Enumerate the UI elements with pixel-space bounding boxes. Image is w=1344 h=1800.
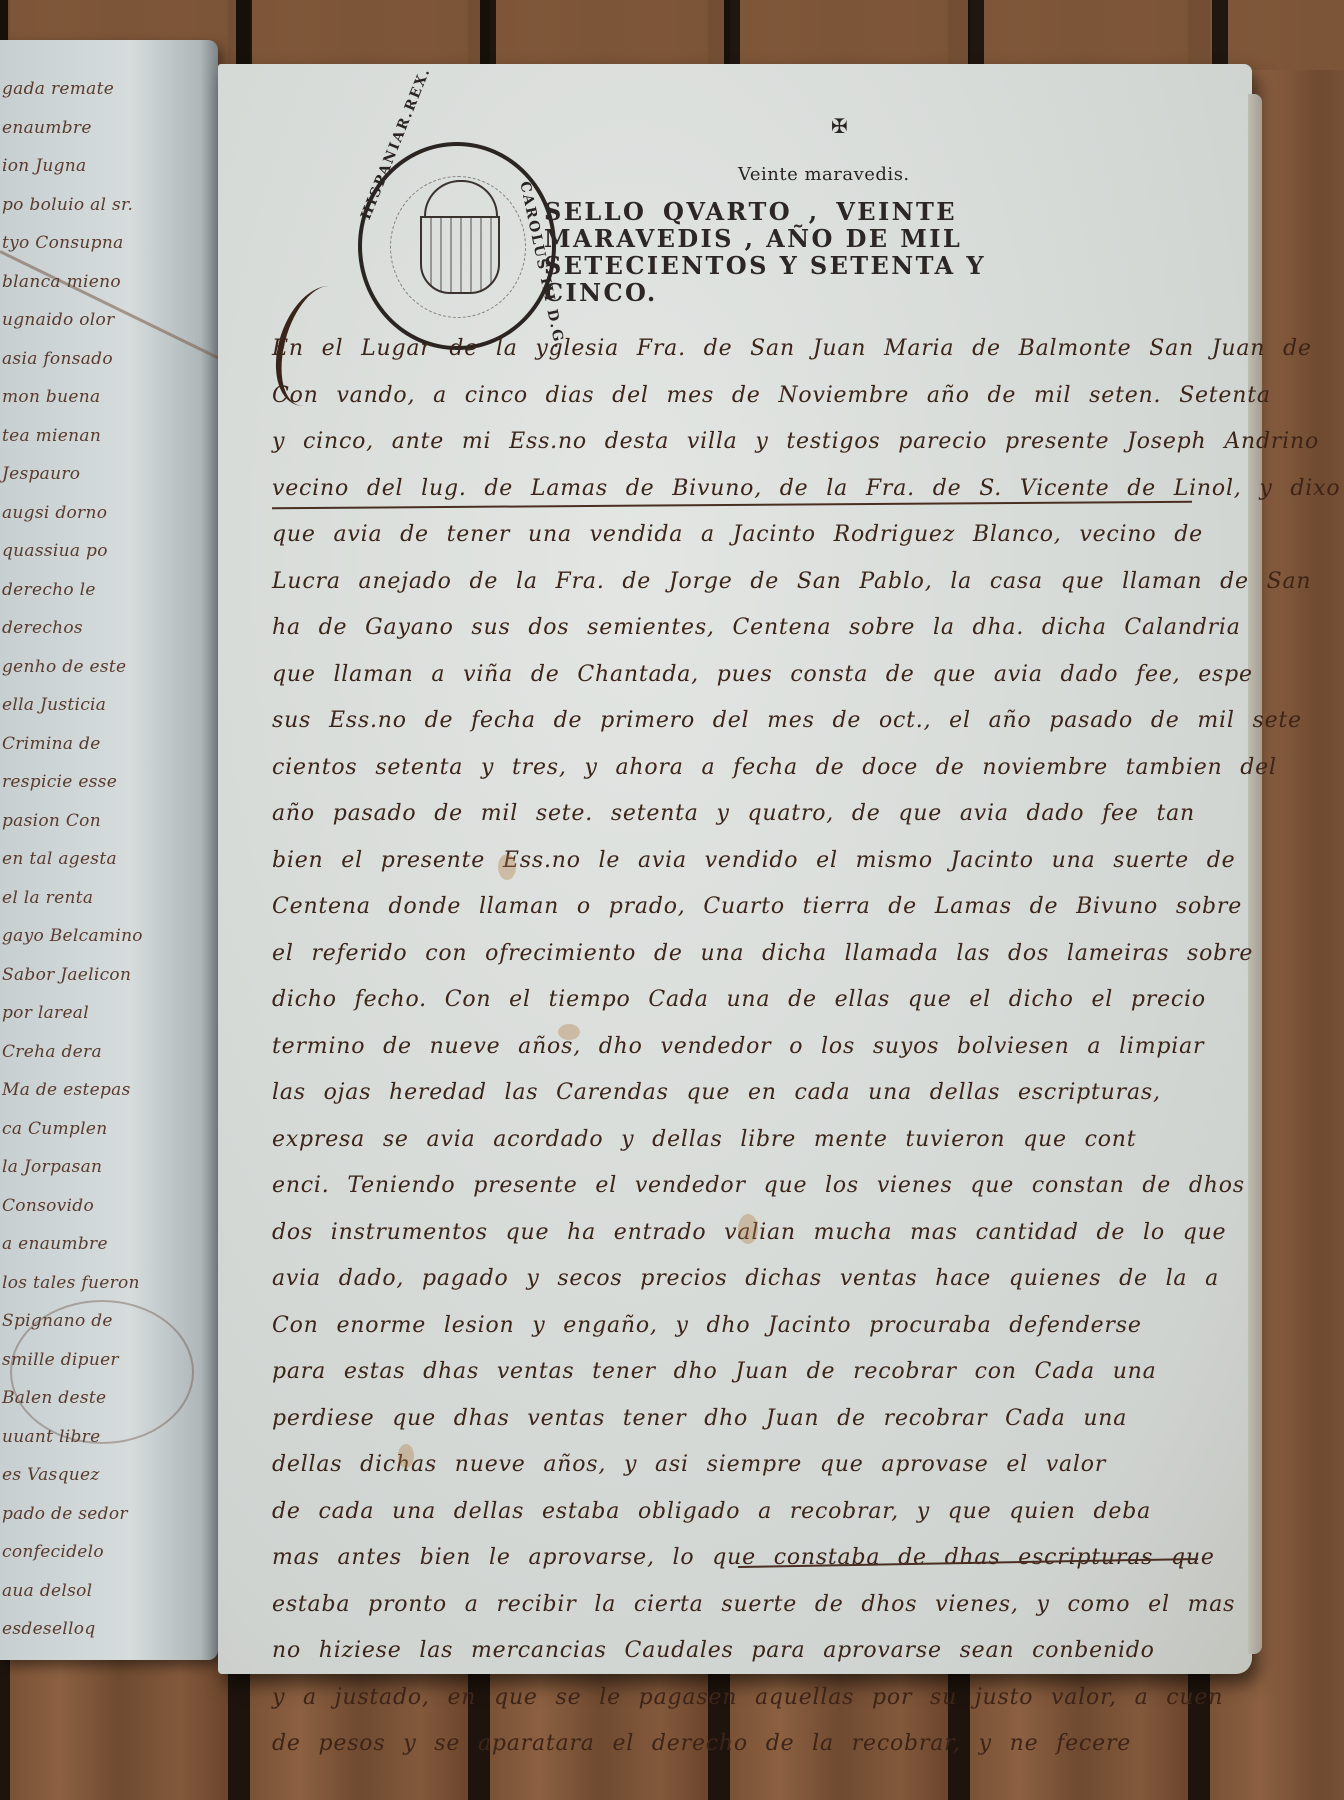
left-page-line: gada remate [0,70,210,109]
handwritten-line: Con vando, a cinco dias del mes de Novie… [272,373,1192,420]
left-page-line: por lareal [0,994,210,1033]
handwritten-body: En el Lugar de la yglesia Fra. de San Ju… [272,326,1192,1768]
left-page-line: genho de este [0,648,210,687]
ink-stain [498,854,516,880]
handwritten-line: cientos setenta y tres, y ahora a fecha … [272,745,1192,792]
stamp-line: MARAVEDIS , AÑO DE MIL [544,225,1104,252]
left-page: gada remateenaumbreion Jugnapo boluio al… [0,40,218,1660]
left-page-line: derechos [0,609,210,648]
handwritten-line: bien el presente Ess.no le avia vendido … [272,838,1192,885]
left-page-line: es Vasquez [0,1456,210,1495]
left-page-line: on [0,1649,210,1661]
handwritten-line: de cada una dellas estaba obligado a rec… [272,1489,1192,1536]
stamp-line: SELLO QVARTO , VEINTE [544,198,1104,225]
ink-stain [738,1214,758,1244]
stamp-line: CINCO. [544,279,1104,306]
left-page-line: ion Jugna [0,147,210,186]
handwritten-line: el referido con ofrecimiento de una dich… [272,931,1192,978]
left-page-line: la Jorpasan [0,1148,210,1187]
handwritten-line: dicho fecho. Con el tiempo Cada una de e… [272,977,1192,1024]
left-page-line: tea mienan [0,417,210,456]
handwritten-line: que llaman a viña de Chantada, pues cons… [272,652,1192,699]
left-page-line: ca Cumplen [0,1110,210,1149]
handwritten-line: no hiziese las mercancias Caudales para … [272,1628,1192,1675]
handwritten-line: y cinco, ante mi Ess.no desta villa y te… [272,419,1192,466]
left-page-line: quassiua po [0,532,210,571]
handwritten-line: mas antes bien le aprovarse, lo que cons… [272,1535,1192,1582]
main-page: ✠ Veinte maravedis. HISPANIAR.REX. CAROL… [218,64,1252,1674]
handwritten-line: enci. Teniendo presente el vendedor que … [272,1163,1192,1210]
stamp-line: SETECIENTOS Y SETENTA Y [544,252,1104,279]
handwritten-line: expresa se avia acordado y dellas libre … [272,1117,1192,1164]
left-page-line: augsi dorno [0,494,210,533]
left-page-line: Ma de estepas [0,1071,210,1110]
coat-of-arms-icon [420,216,500,294]
handwritten-line: que avia de tener una vendida a Jacinto … [272,512,1192,559]
handwritten-line: vecino del lug. de Lamas de Bivuno, de l… [272,466,1192,513]
handwritten-line: termino de nueve años, dho vendedor o lo… [272,1024,1192,1071]
handwritten-line: año pasado de mil sete. setenta y quatro… [272,791,1192,838]
left-page-line: los tales fueron [0,1264,210,1303]
handwritten-line: de pesos y se aparatara el derecho de la… [272,1721,1192,1768]
handwritten-line: Centena donde llaman o prado, Cuarto tie… [272,884,1192,931]
handwritten-line: Lucra anejado de la Fra. de Jorge de San… [272,559,1192,606]
left-page-line: a enaumbre [0,1225,210,1264]
left-page-line: tyo Consupna [0,224,210,263]
left-page-line: blanca mieno [0,263,210,302]
handwritten-line: estaba pronto a recibir la cierta suerte… [272,1582,1192,1629]
handwritten-line: Con enorme lesion y engaño, y dho Jacint… [272,1303,1192,1350]
left-page-line: Jespauro [0,455,210,494]
left-page-line: enaumbre [0,109,210,148]
handwritten-line: las ojas heredad las Carendas que en cad… [272,1070,1192,1117]
left-page-line: aua delsol [0,1572,210,1611]
handwritten-line: y a justado, en que se le pagasen aquell… [272,1675,1192,1722]
left-page-line: en tal agesta [0,840,210,879]
left-page-line: Consovido [0,1187,210,1226]
handwritten-line: ha de Gayano sus dos semientes, Centena … [272,605,1192,652]
ink-stain [398,1444,414,1468]
cross-mark-icon: ✠ [831,114,848,138]
left-page-line: esdeselloq [0,1610,210,1649]
left-page-line: respicie esse [0,763,210,802]
left-page-line: el la renta [0,879,210,918]
left-page-line: ugnaido olor [0,301,210,340]
handwritten-line: perdiese que dhas ventas tener dho Juan … [272,1396,1192,1443]
left-page-line: po boluio al sr. [0,186,210,225]
handwritten-line: En el Lugar de la yglesia Fra. de San Ju… [272,326,1192,373]
handwritten-line: para estas dhas ventas tener dho Juan de… [272,1349,1192,1396]
left-page-line: mon buena [0,378,210,417]
left-page-line: pado de sedor [0,1495,210,1534]
royal-seal-stamp: HISPANIAR.REX. CAROLUS III D.G. [358,142,556,350]
ink-stain [558,1024,580,1040]
left-page-line: ella Justicia [0,686,210,725]
stamp-printed-text: SELLO QVARTO , VEINTE MARAVEDIS , AÑO DE… [544,198,1104,306]
left-page-line: pasion Con [0,802,210,841]
page-edge [1248,94,1262,1654]
flourish-ornament [10,1300,194,1444]
stamp-price-note: Veinte maravedis. [738,164,910,185]
handwritten-line: sus Ess.no de fecha de primero del mes d… [272,698,1192,745]
left-page-line: Creha dera [0,1033,210,1072]
left-page-line: gayo Belcamino [0,917,210,956]
left-page-line: confecidelo [0,1533,210,1572]
left-page-line: Crimina de [0,725,210,764]
left-page-line: derecho le [0,571,210,610]
left-page-line: asia fonsado [0,340,210,379]
handwritten-line: avia dado, pagado y secos precios dichas… [272,1256,1192,1303]
left-page-line: Sabor Jaelicon [0,956,210,995]
handwritten-line: dos instrumentos que ha entrado valian m… [272,1210,1192,1257]
